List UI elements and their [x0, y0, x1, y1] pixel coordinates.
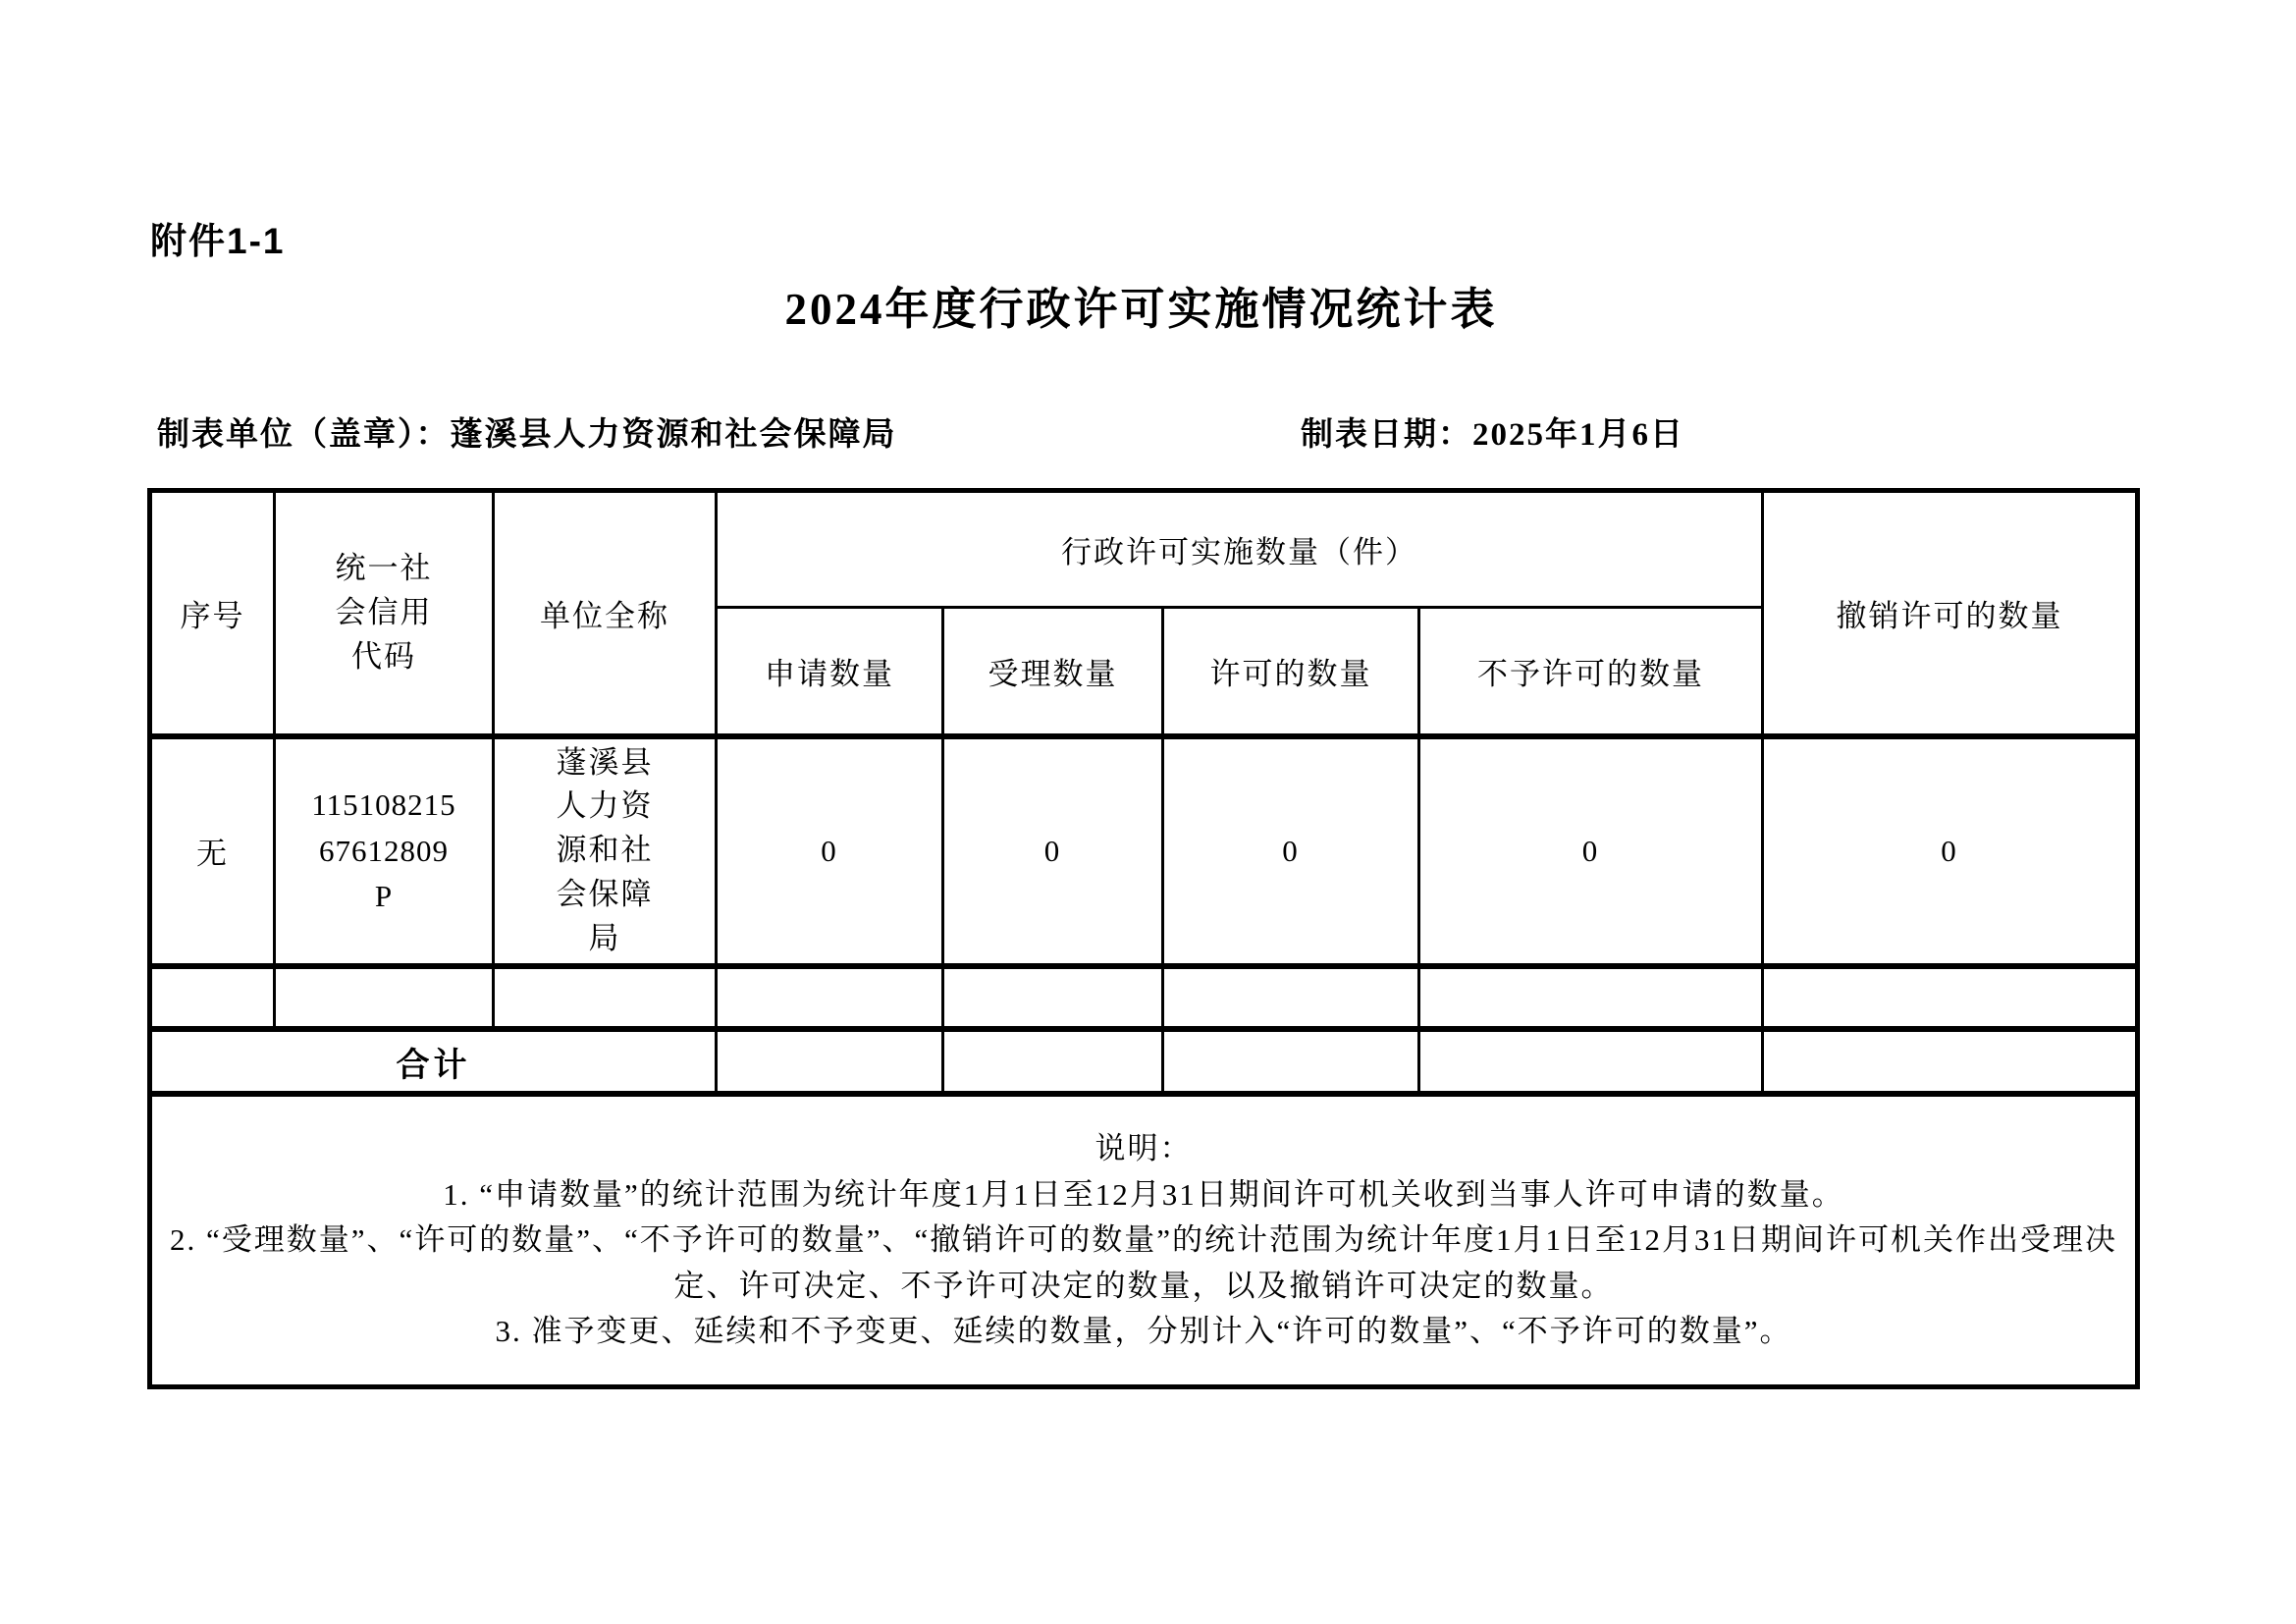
empty-cell-denied — [1419, 966, 1763, 1029]
empty-cell-revoked — [1763, 966, 2138, 1029]
header-credit-code: 统一社会信用代码 — [275, 491, 494, 736]
total-cell-revoked — [1763, 1029, 2138, 1094]
note-item-2: 2. “受理数量”、“许可的数量”、“不予许可的数量”、“撤销许可的数量”的统计… — [158, 1218, 2129, 1309]
cell-accept-count: 0 — [943, 736, 1163, 967]
cell-apply-count: 0 — [717, 736, 943, 967]
cell-credit-code: 11510821567612809P — [275, 736, 494, 967]
empty-cell-seq — [150, 966, 275, 1029]
notes-title: 说明： — [158, 1126, 2129, 1172]
total-label-text: 合计 — [397, 1047, 471, 1084]
empty-cell-credit-code — [275, 966, 494, 1029]
total-cell-denied — [1419, 1029, 1763, 1094]
page-title: 2024年度行政许可实施情况统计表 — [147, 273, 2135, 337]
cell-revoked-count: 0 — [1763, 736, 2138, 967]
empty-cell-unit-name — [494, 966, 717, 1029]
note-item-3: 3. 准予变更、延续和不予变更、延续的数量，分别计入“许可的数量”、“不予许可的… — [158, 1309, 2129, 1355]
header-credit-code-text: 统一社会信用代码 — [319, 547, 449, 679]
header-row-1: 序号 统一社会信用代码 单位全称 行政许可实施数量（件） 撤销许可的数量 — [150, 491, 2138, 608]
empty-row — [150, 966, 2138, 1029]
cell-granted-count: 0 — [1163, 736, 1419, 967]
prepared-by-text: 制表单位（盖章）：蓬溪县人力资源和社会保障局 — [157, 408, 897, 455]
total-cell-granted — [1163, 1029, 1419, 1094]
header-revoked: 撤销许可的数量 — [1763, 491, 2138, 736]
statistics-table: 序号 统一社会信用代码 单位全称 行政许可实施数量（件） 撤销许可的数量 申请数… — [147, 488, 2140, 1389]
cell-unit-name-text: 蓬溪县人力资源和社会保障局 — [540, 741, 669, 962]
header-apply: 申请数量 — [717, 608, 943, 736]
empty-cell-granted — [1163, 966, 1419, 1029]
total-label-cell: 合计 — [150, 1029, 717, 1094]
empty-cell-accept — [943, 966, 1163, 1029]
cell-denied-count: 0 — [1419, 736, 1763, 967]
header-seq: 序号 — [150, 491, 275, 736]
header-granted: 许可的数量 — [1163, 608, 1419, 736]
cell-unit-name: 蓬溪县人力资源和社会保障局 — [494, 736, 717, 967]
meta-line: 制表单位（盖章）：蓬溪县人力资源和社会保障局 制表日期：2025年1月6日 — [0, 408, 2296, 458]
header-denied: 不予许可的数量 — [1419, 608, 1763, 736]
table-row: 无 11510821567612809P 蓬溪县人力资源和社会保障局 0 0 0… — [150, 736, 2138, 967]
notes-row: 说明： 1. “申请数量”的统计范围为统计年度1月1日至12月31日期间许可机关… — [150, 1094, 2138, 1386]
total-cell-accept — [943, 1029, 1163, 1094]
cell-credit-code-text: 11510821567612809P — [311, 783, 457, 920]
total-row: 合计 — [150, 1029, 2138, 1094]
header-accept: 受理数量 — [943, 608, 1163, 736]
note-item-1: 1. “申请数量”的统计范围为统计年度1月1日至12月31日期间许可机关收到当事… — [158, 1172, 2129, 1218]
empty-cell-apply — [717, 966, 943, 1029]
header-impl-group: 行政许可实施数量（件） — [717, 491, 1763, 608]
notes-cell: 说明： 1. “申请数量”的统计范围为统计年度1月1日至12月31日期间许可机关… — [150, 1094, 2138, 1386]
header-unit-name: 单位全称 — [494, 491, 717, 736]
cell-seq: 无 — [150, 736, 275, 967]
attachment-label: 附件1-1 — [150, 211, 285, 264]
prepared-date-text: 制表日期：2025年1月6日 — [1301, 408, 1684, 455]
total-cell-apply — [717, 1029, 943, 1094]
